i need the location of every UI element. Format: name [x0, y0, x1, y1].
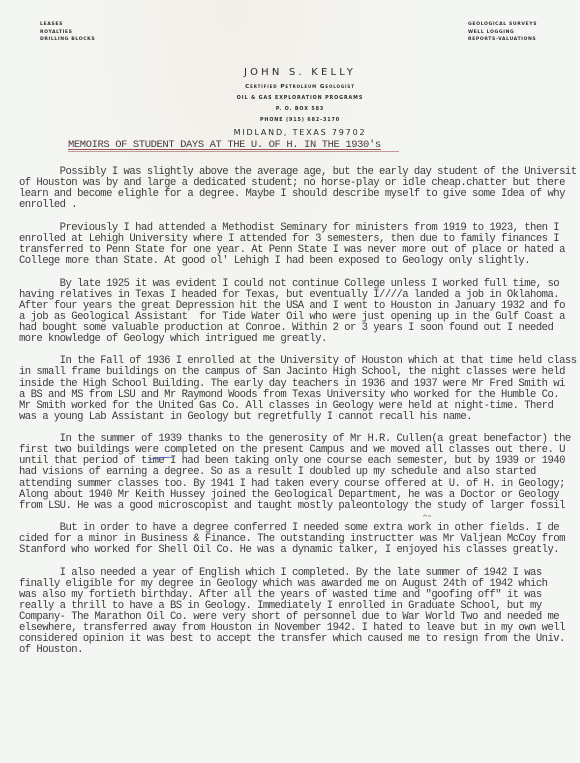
text-line: attending summer classes too. By 1941 I … [19, 479, 580, 490]
text-line: inside the High School Building. The ear… [19, 379, 580, 390]
letterhead-right-services: Geological Surveys Well Logging Reports-… [468, 21, 537, 44]
letterhead-left-item: Drilling Blocks [40, 36, 95, 44]
letterhead-right-item: Well Logging [468, 29, 537, 37]
paragraph: In the Fall of 1936 I enrolled at the Un… [19, 356, 580, 422]
text-line: considered opinion it was best to accept… [19, 634, 580, 645]
paragraph: In the summer of 1939 thanks to the gene… [19, 434, 580, 511]
text-line: was a young Lab Assistant in Geology but… [19, 412, 580, 423]
text-line: Along about 1940 Mr Keith Hussey joined … [19, 490, 580, 501]
letterhead-center: JOHN S. KELLY Certified Petroleum Geolog… [190, 66, 410, 139]
letterhead-city: MIDLAND, TEXAS 79702 [190, 127, 410, 139]
letterhead-services: OIL & GAS EXPLORATION PROGRAMS [190, 93, 410, 104]
text-line: Stanford who worked for Shell Oil Co. He… [19, 545, 580, 556]
text-line: having relatives in Texas I headed for T… [19, 290, 580, 301]
letterhead-left-services: Leases Royalties Drilling Blocks [40, 21, 95, 44]
text-line: Mr Smith worked for the United Gas Co. A… [19, 401, 580, 412]
text-line: from LSU. He was a good microscopist and… [19, 501, 580, 512]
paragraph: Previously I had attended a Methodist Se… [19, 223, 580, 267]
paragraph: I also needed a year of English which I … [19, 568, 580, 656]
paragraph: By late 1925 it was evident I could not … [19, 279, 580, 345]
letterhead-name: JOHN S. KELLY [190, 66, 410, 80]
letterhead-phone: PHONE (915) 682-3170 [190, 115, 410, 126]
letterhead-credential: Certified Petroleum Geologist [190, 82, 410, 93]
letter-page: Leases Royalties Drilling Blocks Geologi… [0, 0, 580, 763]
text-line: enrolled . [19, 200, 580, 211]
document-body: Possibly I was slightly above the averag… [19, 167, 580, 668]
text-line: By late 1925 it was evident I could not … [19, 279, 580, 290]
text-line: learn and become elighle for a degree. M… [19, 189, 580, 200]
letterhead-left-item: Leases [40, 21, 95, 29]
paragraph: Possibly I was slightly above the averag… [19, 167, 580, 211]
text-line: College more than State. At good ol' Leh… [19, 256, 580, 267]
letterhead-left-item: Royalties [40, 29, 95, 37]
document-title: MEMOIRS OF STUDENT DAYS AT THE U. OF H. … [68, 139, 399, 152]
letterhead-po-box: P. O. BOX 583 [190, 104, 410, 115]
letterhead-right-item: Reports-Valuations [468, 36, 537, 44]
text-line: of Houston. [19, 645, 580, 656]
text-line: more knowledge of Geology which intrigue… [19, 334, 580, 345]
insertion-caret-mark-lower: ^ [424, 521, 430, 529]
text-line: in small frame buildings on the campus o… [19, 367, 580, 378]
paragraph: But in order to have a degree conferred … [19, 523, 580, 556]
text-line: a BS and MS from LSU and Mr Raymond Wood… [19, 390, 580, 401]
letterhead-right-item: Geological Surveys [468, 21, 537, 29]
text-line: had visions of earning a degree. So as a… [19, 467, 580, 478]
